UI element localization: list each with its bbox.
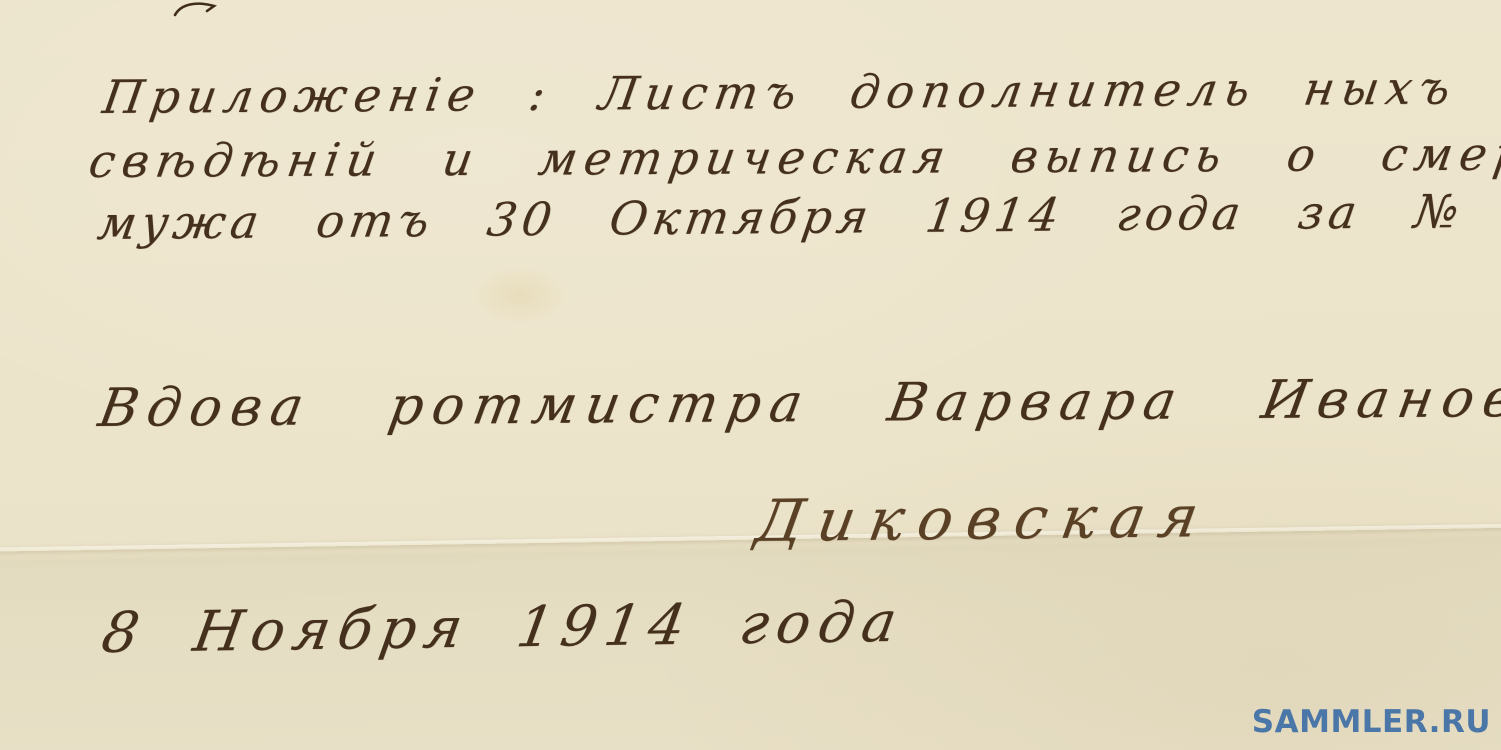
attachment-clause-line-1: Приложеніе : Листъ дополнитель ныхъ <box>100 65 1460 120</box>
paper-fold-crease <box>0 523 1501 552</box>
signature-surname: Диковская <box>752 487 1216 550</box>
ink-stroke-fragment <box>172 0 226 18</box>
attachment-clause-line-2: свѣдѣній и метрическая выпись о смерти <box>86 130 1501 184</box>
paper-stain <box>455 255 585 335</box>
document-page: Приложеніе : Листъ дополнитель ныхъ свѣд… <box>0 0 1501 750</box>
date-line: 8 Ноября 1914 года <box>98 595 908 662</box>
attachment-clause-line-3: мужа отъ 30 Октября 1914 года за № 66 <box>95 187 1501 246</box>
widow-name-line: Вдова ротмистра Варвара Ивановна <box>95 371 1501 435</box>
sammler-watermark: SAMMLER.RU <box>1252 704 1491 740</box>
